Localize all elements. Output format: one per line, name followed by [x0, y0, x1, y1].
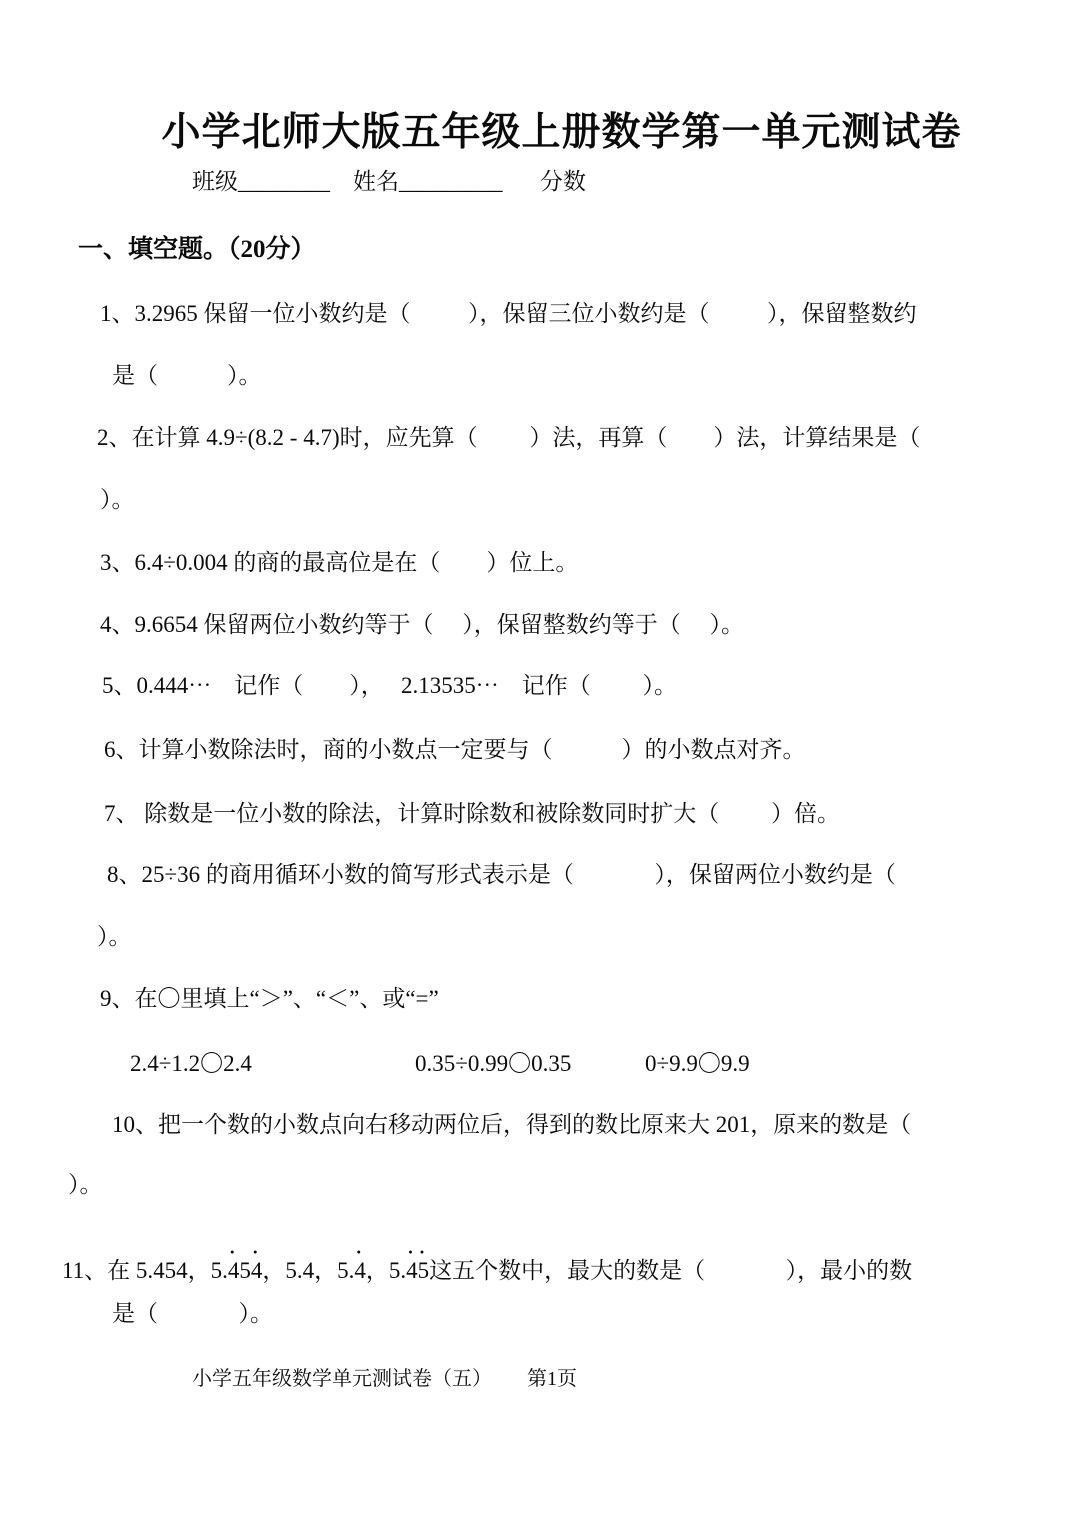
- repeating-digit: 4: [228, 1256, 240, 1286]
- repeating-digit: 4: [406, 1256, 418, 1286]
- q11-text-segment: 11、在 5.454，5.: [62, 1258, 228, 1283]
- name-field: 姓名_________: [353, 167, 503, 197]
- footer-doc-name: 小学五年级数学单元测试卷（五）: [192, 1366, 492, 1392]
- comparison-item-3: 0÷9.9〇9.9: [645, 1049, 750, 1079]
- question-7: 7、 除数是一位小数的除法，计算时除数和被除数同时扩大（ ）倍。: [104, 799, 840, 829]
- repeating-digit: 5: [418, 1256, 430, 1286]
- question-8-line1: 8、25÷36 的商用循环小数的简写形式表示是（ ），保留两位小数约是（: [107, 860, 896, 890]
- question-11-line1: 11、在 5.454，5.454，5.4，5.4，5.45这五个数中，最大的数是…: [62, 1256, 912, 1286]
- question-8-line2: ）。: [97, 922, 132, 952]
- q11-text-segment: 5: [239, 1258, 251, 1283]
- q11-text-segment: ，5.4，5.: [262, 1258, 354, 1283]
- question-10-line2: ）。: [68, 1170, 103, 1200]
- class-field: 班级________: [192, 167, 330, 197]
- question-2-line2: ）。: [100, 485, 135, 515]
- question-1-line1: 1、3.2965 保留一位小数约是（ ），保留三位小数约是（ ），保留整数约: [100, 299, 917, 329]
- q11-text-segment: ，5.: [366, 1258, 406, 1283]
- question-11-line2: 是（ ）。: [112, 1299, 273, 1329]
- comparison-item-2: 0.35÷0.99〇0.35: [415, 1049, 571, 1079]
- footer-page-number: 第1页: [527, 1366, 577, 1392]
- repeating-digit: 4: [354, 1256, 366, 1286]
- comparison-item-1: 2.4÷1.2〇2.4: [130, 1049, 252, 1079]
- section-heading: 一、填空题。（20分）: [78, 234, 316, 267]
- question-2-line1: 2、在计算 4.9÷(8.2 - 4.7)时，应先算（ ）法，再算（ ）法，计算…: [97, 423, 920, 453]
- question-1-line2: 是（ ）。: [112, 361, 262, 391]
- test-paper-page: 小学北师大版五年级上册数学第一单元测试卷 班级________ 姓名______…: [0, 0, 1075, 1518]
- question-10-line1: 10、把一个数的小数点向右移动两位后，得到的数比原来大 201，原来的数是（: [112, 1110, 911, 1140]
- q11-text-segment: 这五个数中，最大的数是（ ），最小的数: [429, 1258, 912, 1283]
- score-label: 分数: [540, 167, 586, 197]
- repeating-digit: 4: [251, 1256, 263, 1286]
- page-title: 小学北师大版五年级上册数学第一单元测试卷: [0, 108, 1075, 159]
- question-9-intro: 9、在〇里填上“＞”、“＜”、或“=”: [100, 984, 439, 1014]
- question-5: 5、0.444⋯ 记作（ ）， 2.13535⋯ 记作（ ）。: [102, 671, 677, 701]
- question-4: 4、9.6654 保留两位小数约等于（ ），保留整数约等于（ ）。: [100, 610, 744, 640]
- question-6: 6、计算小数除法时，商的小数点一定要与（ ）的小数点对齐。: [104, 735, 806, 765]
- question-3: 3、6.4÷0.004 的商的最高位是在（ ）位上。: [100, 548, 578, 578]
